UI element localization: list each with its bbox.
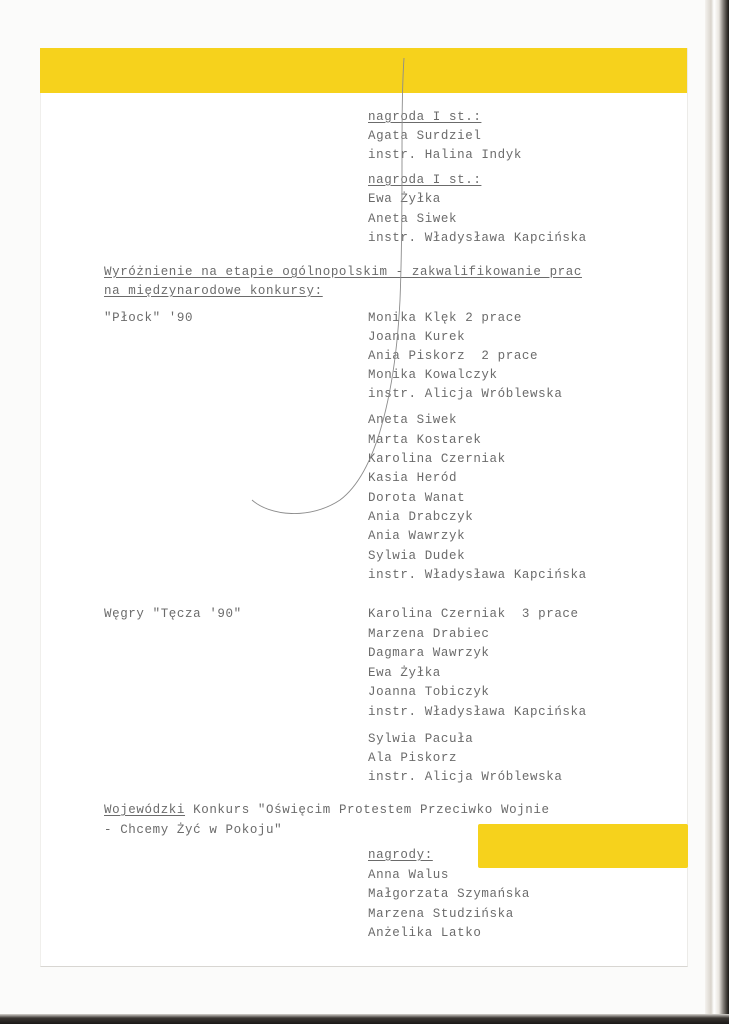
competition-label-plock: "Płock" '90: [104, 309, 193, 329]
award-name: Anżelika Latko: [368, 924, 481, 944]
instructor-line: instr. Władysława Kapcińska: [368, 703, 587, 723]
participant: Monika Kowalczyk: [368, 366, 498, 386]
instructor-line: instr. Alicja Wróblewska: [368, 768, 562, 788]
instructor-line: instr. Władysława Kapcińska: [368, 566, 587, 586]
participant: Ania Drabczyk: [368, 508, 473, 528]
section2-heading-line-1: Wojewódzki Konkurs "Oświęcim Protestem P…: [104, 801, 550, 821]
instructor-line: instr. Halina Indyk: [368, 146, 522, 166]
award-name: Anna Walus: [368, 866, 449, 886]
instructor-line: instr. Władysława Kapcińska: [368, 229, 587, 249]
competition-label-wegry: Węgry "Tęcza '90": [104, 605, 242, 625]
awards-heading-final: nagrody:: [368, 846, 433, 866]
participant: Karolina Czerniak: [368, 450, 506, 470]
participant: Marzena Drabiec: [368, 625, 490, 645]
yellow-redaction-strip-bottom: [478, 824, 688, 868]
participant: Ania Piskorz 2 prace: [368, 347, 538, 367]
binder-edge: [705, 0, 729, 1024]
participant: Marta Kostarek: [368, 431, 481, 451]
participant: Ala Piskorz: [368, 749, 457, 769]
section2-heading-rest: Konkurs "Oświęcim Protestem Przeciwko Wo…: [185, 803, 550, 817]
section-heading-line-2: na międzynarodowe konkursy:: [104, 282, 323, 302]
participant: Ewa Żyłka: [368, 664, 441, 684]
participant: Aneta Siwek: [368, 411, 457, 431]
participant: Dorota Wanat: [368, 489, 465, 509]
award-name: Marzena Studzińska: [368, 905, 514, 925]
participant: Ania Wawrzyk: [368, 527, 465, 547]
award-name: Małgorzata Szymańska: [368, 885, 530, 905]
award-name: Aneta Siwek: [368, 210, 457, 230]
participant: Dagmara Wawrzyk: [368, 644, 490, 664]
section2-heading-line-2: - Chcemy Żyć w Pokoju": [104, 821, 282, 841]
participant: Monika Klęk 2 prace: [368, 309, 522, 329]
scan-bottom-edge: [0, 1014, 729, 1024]
award-name: Agata Surdziel: [368, 127, 481, 147]
instructor-line: instr. Alicja Wróblewska: [368, 385, 562, 405]
participant: Joanna Tobiczyk: [368, 683, 490, 703]
section2-heading-underlined: Wojewódzki: [104, 803, 185, 817]
participant: Joanna Kurek: [368, 328, 465, 348]
participant: Karolina Czerniak 3 prace: [368, 605, 579, 625]
award-heading-2: nagroda I st.:: [368, 171, 481, 191]
award-name: Ewa Żyłka: [368, 190, 441, 210]
participant: Kasia Heród: [368, 469, 457, 489]
yellow-redaction-strip-top: [40, 48, 687, 93]
award-heading-1: nagroda I st.:: [368, 108, 481, 128]
participant: Sylwia Pacuła: [368, 730, 473, 750]
section-heading-line-1: Wyróżnienie na etapie ogólnopolskim - za…: [104, 263, 582, 283]
participant: Sylwia Dudek: [368, 547, 465, 567]
